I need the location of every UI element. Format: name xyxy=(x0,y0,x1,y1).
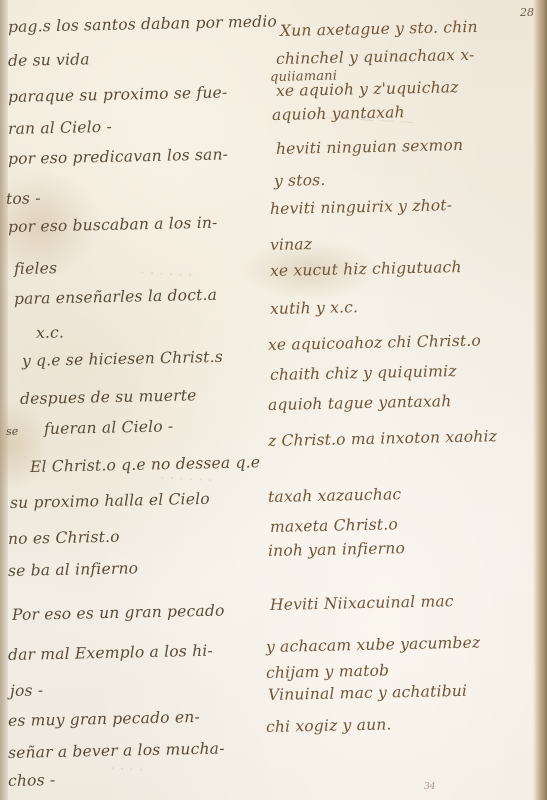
margin-note: se xyxy=(6,425,19,438)
ink-bleed-through: · · · · · · xyxy=(140,264,193,285)
text-line: chijam y matob xyxy=(266,661,390,682)
water-stain xyxy=(0,400,50,490)
text-line: El Christ.o q.e no dessea q.e xyxy=(30,453,260,476)
text-line: jos - xyxy=(10,681,44,700)
text-line: chi xogiz y aun. xyxy=(266,715,392,736)
text-line: dar mal Exemplo a los hi- xyxy=(8,642,213,664)
text-line: xe aquicoahoz chi Christ.o xyxy=(268,332,481,354)
text-line: y achacam xube yacumbez xyxy=(266,634,481,656)
text-line: y q.e se hiciesen Christ.s xyxy=(22,348,223,370)
text-line: fueran al Cielo - xyxy=(44,417,174,438)
text-line: xe xucut hiz chigutuach xyxy=(270,258,462,280)
ink-bleed-through: · · · · xyxy=(110,759,144,779)
text-line: x.c. xyxy=(36,323,64,342)
text-line: de su vida xyxy=(8,50,90,70)
text-line: inoh yan infierno xyxy=(268,539,405,560)
text-line: para enseñarles la doct.a xyxy=(14,286,217,308)
page-right-edge xyxy=(533,0,547,800)
text-line: taxah xazauchac xyxy=(268,485,402,506)
text-line: chos - xyxy=(8,771,56,790)
text-line: aquioh yantaxah xyxy=(272,103,405,124)
text-line: chaith chiz y quiquimiz xyxy=(270,362,457,384)
text-line: por eso buscaban a los in- xyxy=(8,214,218,236)
text-line: xe aquioh y z'uquichaz xyxy=(276,78,459,100)
bottom-page-number: 34 xyxy=(424,782,435,792)
text-line: xutih y x.c. xyxy=(270,298,359,318)
text-line: chinchel y quinachaax x- xyxy=(276,46,475,68)
text-line: pag.s los santos daban por medio xyxy=(8,12,277,36)
text-line: aquioh tague yantaxah xyxy=(268,392,452,414)
text-line: su proximo halla el Cielo xyxy=(10,490,210,512)
folio-number: 28 xyxy=(520,6,534,19)
text-line: heviti ninguian sexmon xyxy=(276,136,464,158)
text-line: señar a bever a los mucha- xyxy=(8,739,225,762)
text-line: tos - xyxy=(6,189,41,208)
text-line: maxeta Christ.o xyxy=(270,515,398,536)
text-line: Heviti Niixacuinal mac xyxy=(270,592,454,614)
text-line: Por eso es un gran pecado xyxy=(12,602,225,624)
text-line: vinaz xyxy=(270,235,312,254)
text-line: es muy gran pecado en- xyxy=(8,708,200,730)
text-line: despues de su muerte xyxy=(20,386,197,408)
text-line: por eso predicavan los san- xyxy=(8,145,229,168)
text-line: no es Christ.o xyxy=(8,528,120,548)
text-line: Vinuinal mac y achatibui xyxy=(268,682,467,704)
text-line: ran al Cielo - xyxy=(8,118,112,138)
manuscript-page: — — — — — · · · · · · · · · · · · · · · … xyxy=(0,0,547,800)
text-line: z Christ.o ma inxoton xaohiz xyxy=(268,427,497,450)
text-line: y stos. xyxy=(274,171,326,190)
text-line: se ba al infierno xyxy=(8,559,139,580)
text-line: paraque su proximo se fue- xyxy=(8,83,228,106)
text-line: Xun axetague y sto. chin xyxy=(280,18,478,40)
text-line: fieles xyxy=(14,259,58,278)
text-line: heviti ninguirix y zhot- xyxy=(270,196,453,218)
